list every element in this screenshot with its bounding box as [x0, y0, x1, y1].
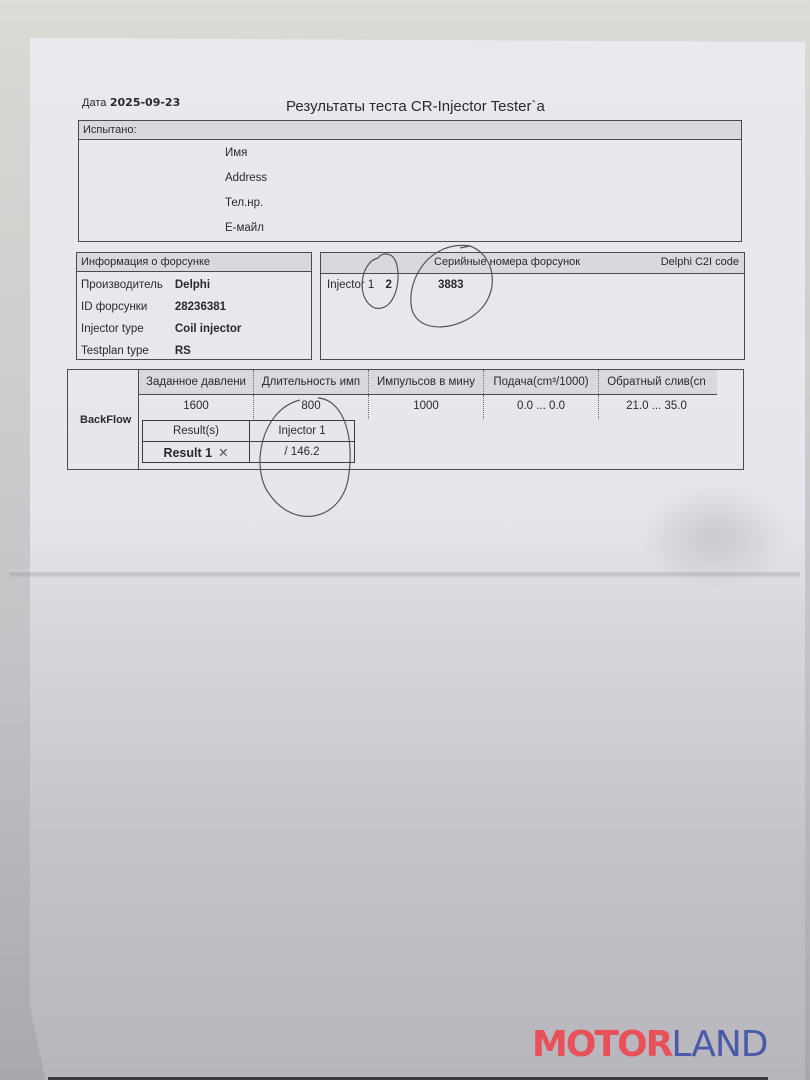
backflow-params: Заданное давлени Длительность имп Импуль… — [139, 370, 717, 419]
info-row: ID форсунки28236381 — [81, 296, 247, 318]
param-header-duration: Длительность имп — [254, 370, 369, 394]
info-row: Injector typeCoil injector — [81, 318, 247, 340]
serial-row: Injector 1 2 3883 — [327, 279, 392, 291]
info-label: Injector type — [81, 318, 169, 340]
tested-section: Испытано: Имя Address Тел.нр. E-майл — [78, 120, 742, 242]
backflow-label-cell: BackFlow — [68, 370, 139, 469]
tested-heading: Испытано: — [79, 121, 741, 140]
results-header-injector: Injector 1 — [250, 421, 355, 442]
results-table: Result(s) Injector 1 Result 1✕ / 146.2 — [142, 420, 355, 463]
injector-serial: 3883 — [438, 279, 464, 291]
param-value-duration: 800 — [254, 395, 369, 419]
param-header-backflow: Обратный слив(cn — [599, 370, 714, 394]
info-label: Производитель — [81, 274, 169, 296]
params-value-row: 1600 800 1000 0.0 ... 0.0 21.0 ... 35.0 — [139, 395, 717, 419]
serials-heading: Серийные номера форсунок — [434, 256, 580, 268]
info-row: ПроизводительDelphi — [81, 274, 247, 296]
watermark-part-motor: MOTOR — [532, 1024, 671, 1065]
watermark-part-land: LAND — [671, 1024, 767, 1065]
param-header-delivery: Подача(cm³/1000) — [484, 370, 599, 394]
injector-info-table: ПроизводительDelphi ID форсунки28236381 … — [81, 274, 247, 362]
results-header-label: Result(s) — [143, 421, 250, 442]
c2i-code-heading: Delphi C2I code — [661, 256, 739, 268]
info-value: RS — [169, 340, 247, 362]
field-name: Имя — [225, 147, 267, 172]
param-header-pressure: Заданное давлени — [139, 370, 254, 394]
field-phone: Тел.нр. — [225, 197, 267, 222]
injector-label: Injector 1 — [327, 279, 374, 291]
backflow-label: BackFlow — [80, 414, 131, 426]
result-value: / 146.2 — [250, 442, 355, 463]
injector-info-heading: Информация о форсунке — [77, 253, 311, 272]
info-label: ID форсунки — [81, 296, 169, 318]
motorland-watermark: MOTORLAND — [532, 1024, 767, 1065]
serial-numbers-section: Серийные номера форсунок Delphi C2I code… — [320, 252, 745, 360]
results-row: Result 1✕ / 146.2 — [143, 442, 355, 463]
param-value-delivery: 0.0 ... 0.0 — [484, 395, 599, 419]
injector-info-section: Информация о форсунке ПроизводительDelph… — [76, 252, 312, 360]
info-value: Coil injector — [169, 318, 247, 340]
date-value: 2025-09-23 — [110, 96, 180, 109]
param-value-backflow: 21.0 ... 35.0 — [599, 395, 714, 419]
date-label: Дата — [82, 97, 106, 109]
result-label-cell: Result 1✕ — [143, 442, 250, 463]
customer-fields: Имя Address Тел.нр. E-майл — [225, 147, 267, 247]
field-email: E-майл — [225, 222, 267, 247]
field-address: Address — [225, 172, 267, 197]
info-label: Testplan type — [81, 340, 169, 362]
fail-x-icon: ✕ — [218, 446, 228, 460]
serials-header: Серийные номера форсунок Delphi C2I code — [321, 253, 744, 274]
info-value: Delphi — [169, 274, 247, 296]
param-value-pressure: 1600 — [139, 395, 254, 419]
test-report: Дата 2025-09-23 Результаты теста CR-Inje… — [0, 0, 810, 1080]
report-title: Результаты теста CR-Injector Tester`a — [286, 98, 545, 115]
results-header-row: Result(s) Injector 1 — [143, 421, 355, 442]
info-row: Testplan typeRS — [81, 340, 247, 362]
param-value-pulses: 1000 — [369, 395, 484, 419]
params-header-row: Заданное давлени Длительность имп Импуль… — [139, 370, 717, 395]
result-label: Result 1 — [163, 446, 212, 460]
info-value: 28236381 — [169, 296, 247, 318]
report-date: Дата 2025-09-23 — [82, 96, 180, 109]
injector-number: 2 — [386, 279, 392, 291]
param-header-pulses: Импульсов в мину — [369, 370, 484, 394]
